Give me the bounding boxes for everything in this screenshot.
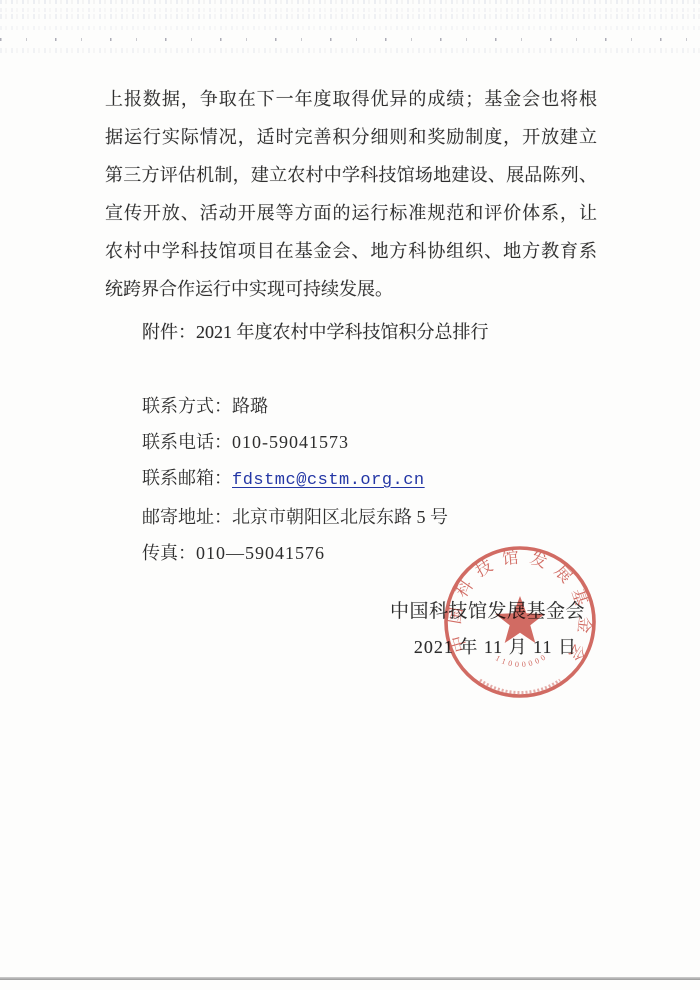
paragraph-line: 农村中学科技馆项目在基金会、地方科协组织、地方教育系 <box>105 232 597 270</box>
contact-row-address: 邮寄地址：北京市朝阳区北辰东路 5 号 <box>142 499 448 535</box>
contact-label: 联系方式： <box>142 396 232 416</box>
scan-noise-band <box>0 0 700 4</box>
contact-label: 邮寄地址： <box>142 507 232 527</box>
body-paragraph: 上报数据，争取在下一年度取得优异的成绩；基金会也将根 据运行实际情况，适时完善积… <box>105 80 597 308</box>
scanner-edge-line <box>0 977 700 980</box>
contact-info-block: 联系方式：路璐 联系电话：010-59041573 联系邮箱：fdstmc@cs… <box>142 388 448 571</box>
contact-value: 路璐 <box>232 396 268 416</box>
scan-noise-band <box>0 38 700 41</box>
contact-value: 北京市朝阳区北辰东路 5 号 <box>232 507 448 527</box>
contact-row-phone: 联系电话：010-59041573 <box>142 424 448 460</box>
contact-label: 传真： <box>142 543 196 563</box>
scan-noise-band <box>0 8 700 12</box>
seal-star-icon <box>495 596 544 643</box>
scan-noise-band <box>0 48 700 53</box>
contact-value: 010-59041573 <box>232 432 349 452</box>
scan-noise-band <box>0 14 700 19</box>
contact-row-fax: 传真：010—59041576 <box>142 535 448 571</box>
email-link[interactable]: fdstmc@cstm.org.cn <box>232 471 425 490</box>
scanned-document-page: 上报数据，争取在下一年度取得优异的成绩；基金会也将根 据运行实际情况，适时完善积… <box>0 0 700 990</box>
contact-value: 010—59041576 <box>196 543 325 563</box>
paragraph-line: 宣传开放、活动开展等方面的运行标准规范和评价体系，让 <box>105 194 597 232</box>
attachment-line: 附件：2021 年度农村中学科技馆积分总排行 <box>142 318 489 346</box>
contact-label: 联系邮箱： <box>142 468 232 488</box>
paragraph-line: 第三方评估机制，建立农村中学科技馆场地建设、展品陈列、 <box>105 156 597 194</box>
paragraph-line: 上报数据，争取在下一年度取得优异的成绩；基金会也将根 <box>105 80 597 118</box>
paragraph-line: 据运行实际情况，适时完善积分细则和奖励制度，开放建立 <box>105 118 597 156</box>
paragraph-line: 统跨界合作运行中实现可持续发展。 <box>105 270 597 308</box>
scan-noise-band <box>0 26 700 30</box>
contact-row-method: 联系方式：路璐 <box>142 388 448 424</box>
contact-row-email: 联系邮箱：fdstmc@cstm.org.cn <box>142 460 448 499</box>
official-seal: 中国科技馆发展基金会 1100000013398 <box>440 542 600 702</box>
contact-label: 联系电话： <box>142 432 232 452</box>
